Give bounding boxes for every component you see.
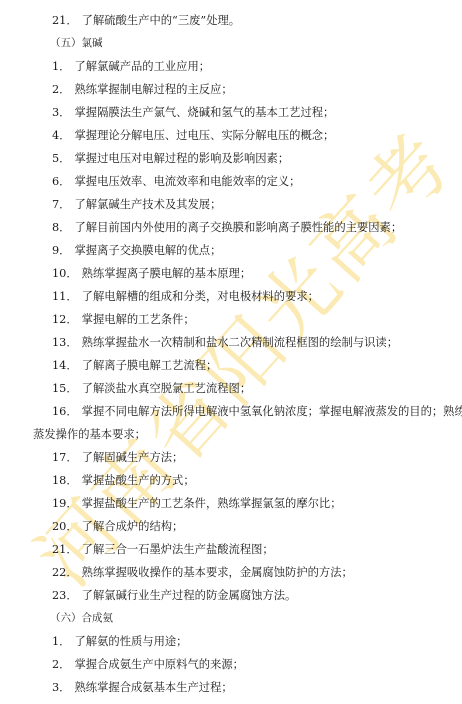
list-item-continuation: 蒸发操作的基本要求； [0, 423, 462, 446]
item-text: 了解目前国内外使用的离子交换膜和影响离子膜性能的主要因素； [75, 221, 403, 234]
item-number: 1． [52, 55, 71, 78]
item-text: 了解固碱生产方法； [82, 451, 184, 464]
list-item: 3．熟练掌握合成氨基本生产过程； [0, 676, 462, 699]
item-number: 14． [52, 354, 78, 377]
item-number: 15． [52, 377, 78, 400]
list-item: 4．掌握理论分解电压、过电压、实际分解电压的概念； [0, 124, 462, 147]
list-item: 10．熟练掌握离子膜电解的基本原理； [0, 262, 462, 285]
section-heading-ammonia-synthesis: （六）合成氨 [0, 607, 462, 630]
item-number: 4． [52, 124, 71, 147]
item-number: 12． [52, 308, 78, 331]
item-number: 6． [52, 170, 71, 193]
item-text: 掌握不同电解方法所得电解液中氢氧化钠浓度；掌握电解液蒸发的目的；熟练掌握 [82, 405, 462, 418]
item-text: 掌握合成氨生产中原料气的来源； [75, 658, 244, 671]
item-number: 22． [52, 561, 78, 584]
item-number: 3． [52, 101, 71, 124]
item-text: 了解氨的性质与用途； [75, 635, 188, 648]
item-text: 了解氯碱生产技术及其发展； [75, 198, 222, 211]
item-text: 掌握盐酸生产的方式； [82, 474, 195, 487]
item-number: 8． [52, 216, 71, 239]
item-text: 了解硫酸生产中的“三废”处理。 [82, 14, 240, 27]
list-item: 2．熟练掌握制电解过程的主反应； [0, 78, 462, 101]
document-page: 21．了解硫酸生产中的“三废”处理。 （五）氯碱 1．了解氯碱产品的工业应用； … [0, 0, 462, 699]
heading-text: （六）合成氨 [50, 612, 113, 624]
item-text: 了解氯碱产品的工业应用； [75, 60, 211, 73]
item-number: 21． [52, 538, 78, 561]
item-number: 10． [52, 262, 78, 285]
list-item: 5．掌握过电压对电解过程的影响及影响因素； [0, 147, 462, 170]
item-number: 23． [52, 584, 78, 607]
item-number: 19． [52, 492, 78, 515]
item-number: 5． [52, 147, 71, 170]
list-item: 11．了解电解槽的组成和分类，对电极材料的要求； [0, 285, 462, 308]
list-item: 17．了解固碱生产方法； [0, 446, 462, 469]
list-item: 21．了解三合一石墨炉法生产盐酸流程图； [0, 538, 462, 561]
section-heading-chlor-alkali: （五）氯碱 [0, 32, 462, 55]
list-item: 22．熟练掌握吸收操作的基本要求，金属腐蚀防护的方法； [0, 561, 462, 584]
item-number: 1． [52, 630, 71, 653]
item-number: 2． [52, 653, 71, 676]
item-text: 熟练掌握制电解过程的主反应； [75, 83, 233, 96]
list-item: 16．掌握不同电解方法所得电解液中氢氧化钠浓度；掌握电解液蒸发的目的；熟练掌握 [0, 400, 462, 423]
list-item: 8．了解目前国内外使用的离子交换膜和影响离子膜性能的主要因素； [0, 216, 462, 239]
list-item: 18．掌握盐酸生产的方式； [0, 469, 462, 492]
item-text: 掌握电解的工艺条件； [82, 313, 195, 326]
item-text: 了解离子膜电解工艺流程； [82, 359, 218, 372]
list-item: 12．掌握电解的工艺条件； [0, 308, 462, 331]
item-text: 掌握隔膜法生产氯气、烧碱和氢气的基本工艺过程； [75, 106, 335, 119]
item-number: 7． [52, 193, 71, 216]
item-text: 了解合成炉的结构； [82, 520, 184, 533]
list-item: 19．掌握盐酸生产的工艺条件，熟练掌握氯氢的摩尔比； [0, 492, 462, 515]
list-item: 20．了解合成炉的结构； [0, 515, 462, 538]
item-text: 掌握盐酸生产的工艺条件，熟练掌握氯氢的摩尔比； [82, 497, 342, 510]
list-item: 14．了解离子膜电解工艺流程； [0, 354, 462, 377]
list-item: 23．了解氯碱行业生产过程的防金属腐蚀方法。 [0, 584, 462, 607]
item-number: 2． [52, 78, 71, 101]
item-number: 18． [52, 469, 78, 492]
list-item: 1．了解氯碱产品的工业应用； [0, 55, 462, 78]
item-text: 熟练掌握合成氨基本生产过程； [75, 681, 233, 694]
item-number: 16． [52, 400, 78, 423]
item-number: 3． [52, 676, 71, 699]
list-item: 2．掌握合成氨生产中原料气的来源； [0, 653, 462, 676]
list-item: 9．掌握离子交换膜电解的优点； [0, 239, 462, 262]
item-text: 熟练掌握离子膜电解的基本原理； [82, 267, 251, 280]
item-text: 了解电解槽的组成和分类，对电极材料的要求； [82, 290, 319, 303]
list-item: 7．了解氯碱生产技术及其发展； [0, 193, 462, 216]
list-item: 3．掌握隔膜法生产氯气、烧碱和氢气的基本工艺过程； [0, 101, 462, 124]
item-text: 掌握离子交换膜电解的优点； [75, 244, 222, 257]
item-number: 17． [52, 446, 78, 469]
item-number: 9． [52, 239, 71, 262]
item-number: 11． [52, 285, 78, 308]
item-text: 蒸发操作的基本要求； [33, 428, 146, 441]
item-number: 21． [52, 9, 78, 32]
list-item: 13．熟练掌握盐水一次精制和盐水二次精制流程框图的绘制与识读； [0, 331, 462, 354]
list-item: 21．了解硫酸生产中的“三废”处理。 [0, 9, 462, 32]
heading-text: （五）氯碱 [50, 37, 103, 49]
list-item: 1．了解氨的性质与用途； [0, 630, 462, 653]
list-item: 6．掌握电压效率、电流效率和电能效率的定义； [0, 170, 462, 193]
item-text: 了解氯碱行业生产过程的防金属腐蚀方法。 [82, 589, 297, 602]
item-text: 了解三合一石墨炉法生产盐酸流程图； [82, 543, 274, 556]
item-number: 20． [52, 515, 78, 538]
item-text: 熟练掌握盐水一次精制和盐水二次精制流程框图的绘制与识读； [82, 336, 398, 349]
item-text: 了解淡盐水真空脱氯工艺流程图； [82, 382, 251, 395]
item-text: 掌握理论分解电压、过电压、实际分解电压的概念； [75, 129, 335, 142]
item-number: 13． [52, 331, 78, 354]
item-text: 掌握过电压对电解过程的影响及影响因素； [75, 152, 290, 165]
list-item: 15．了解淡盐水真空脱氯工艺流程图； [0, 377, 462, 400]
item-text: 掌握电压效率、电流效率和电能效率的定义； [75, 175, 301, 188]
item-text: 熟练掌握吸收操作的基本要求，金属腐蚀防护的方法； [82, 566, 353, 579]
